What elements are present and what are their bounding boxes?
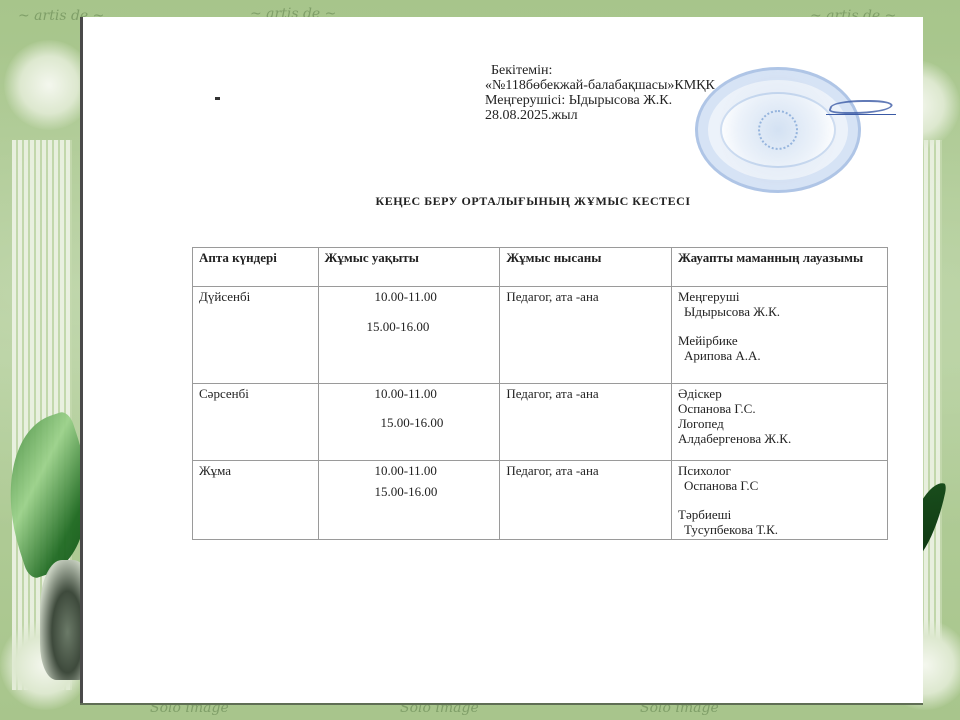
approval-label: Бекітемін: (485, 63, 715, 78)
document-title: КЕҢЕС БЕРУ ОРТАЛЫҒЫНЫҢ ЖҰМЫС КЕСТЕСІ (83, 194, 923, 209)
staff-role: Логопед (678, 416, 881, 431)
staff-role: Меңгеруші (678, 289, 881, 304)
emblem-icon (758, 110, 798, 150)
staff-role: Психолог (678, 463, 881, 478)
table-row: Дүйсенбі 10.00-11.00 15.00-16.00 Педагог… (193, 287, 888, 384)
time-cell: 10.00-11.00 15.00-16.00 (318, 287, 500, 384)
signature-icon (826, 98, 896, 115)
table-row: Сәрсенбі 10.00-11.00 15.00-16.00 Педагог… (193, 384, 888, 461)
time-cell: 10.00-11.00 15.00-16.00 (318, 461, 500, 540)
staff-name: Алдабергенова Ж.К. (678, 431, 881, 446)
approval-date: 28.08.2025.жыл (485, 108, 715, 123)
time-slot: 15.00-16.00 (375, 484, 494, 499)
time-slot: 15.00-16.00 (367, 319, 494, 334)
weekday-cell: Сәрсенбі (193, 384, 319, 461)
audience-cell: Педагог, ата -ана (500, 384, 672, 461)
institution-name: «№118бөбекжай-балабақшасы»КМҚК (485, 78, 715, 93)
staff-role: Әдіскер (678, 386, 881, 401)
time-slot: 10.00-11.00 (375, 289, 494, 304)
official-stamp-icon (695, 67, 861, 193)
staff-name: Оспанова Г.С (678, 478, 881, 493)
staff-name: Арипова А.А. (678, 348, 881, 363)
weekday-cell: Жұма (193, 461, 319, 540)
staff-role: Мейірбике (678, 333, 881, 348)
audience-cell: Педагог, ата -ана (500, 461, 672, 540)
staff-name: Ыдырысова Ж.К. (678, 304, 881, 319)
audience-cell: Педагог, ата -ана (500, 287, 672, 384)
time-slot: 10.00-11.00 (375, 386, 494, 401)
table-row: Жұма 10.00-11.00 15.00-16.00 Педагог, ат… (193, 461, 888, 540)
staff-cell: Меңгеруші Ыдырысова Ж.К. Мейірбике Арипо… (672, 287, 888, 384)
approval-block: Бекітемін: «№118бөбекжай-балабақшасы»КМҚ… (485, 63, 715, 123)
staff-role: Тәрбиеші (678, 507, 881, 522)
staff-name: Оспанова Г.С. (678, 401, 881, 416)
time-slot: 10.00-11.00 (375, 463, 494, 478)
time-cell: 10.00-11.00 15.00-16.00 (318, 384, 500, 461)
staff-cell: Психолог Оспанова Г.С Тәрбиеші Тусупбеко… (672, 461, 888, 540)
document-page: Бекітемін: «№118бөбекжай-балабақшасы»КМҚ… (80, 17, 923, 703)
weekday-cell: Дүйсенбі (193, 287, 319, 384)
stray-mark (215, 97, 220, 100)
staff-name: Тусупбекова Т.К. (678, 522, 881, 537)
schedule-table: Апта күндері Жұмыс уақыты Жұмыс нысаны Ж… (192, 247, 888, 540)
staff-cell: Әдіскер Оспанова Г.С. Логопед Алдаберген… (672, 384, 888, 461)
time-slot: 15.00-16.00 (381, 415, 494, 430)
header-weekdays: Апта күндері (193, 248, 319, 287)
header-work-form: Жұмыс нысаны (500, 248, 672, 287)
header-work-time: Жұмыс уақыты (318, 248, 500, 287)
table-header-row: Апта күндері Жұмыс уақыты Жұмыс нысаны Ж… (193, 248, 888, 287)
header-responsible-position: Жауапты маманның лауазымы (672, 248, 888, 287)
director-name: Меңгерушісі: Ыдырысова Ж.К. (485, 93, 715, 108)
